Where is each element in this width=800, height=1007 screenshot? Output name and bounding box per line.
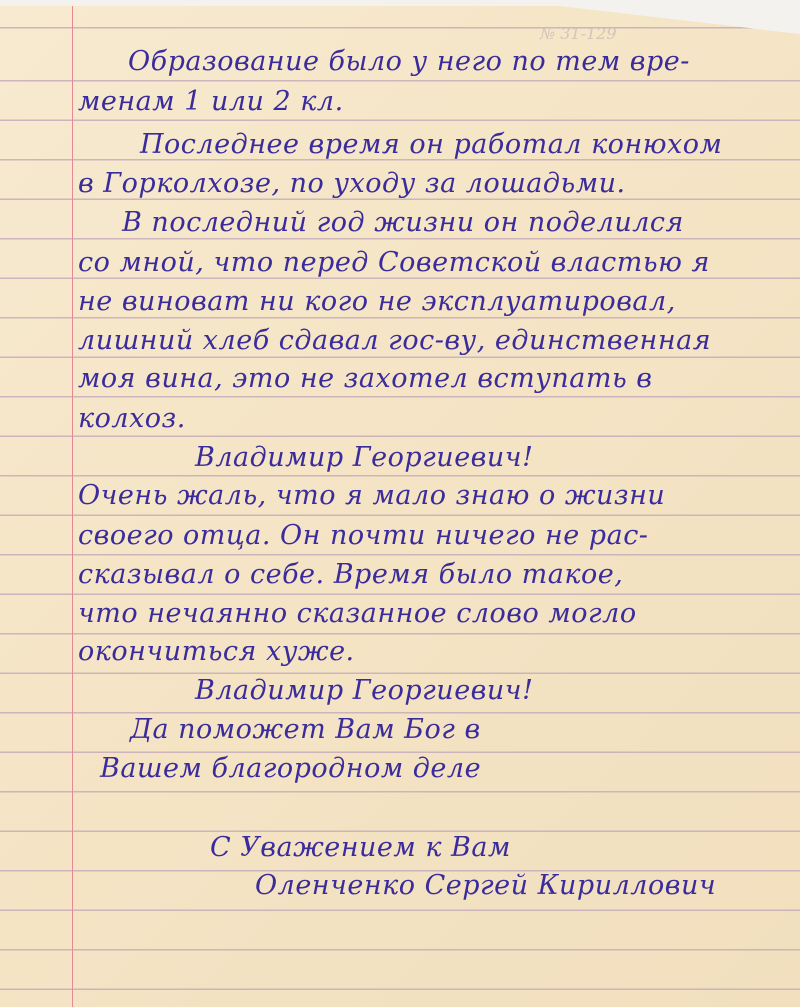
letter-line: лишний хлеб сдавал гос-ву, единственная xyxy=(78,325,711,356)
closing: С Уважением к Вам xyxy=(210,832,511,863)
signature: Оленченко Сергей Кириллович xyxy=(255,870,716,901)
letter-line: Последнее время он работал конюхом xyxy=(140,129,722,160)
salutation: Владимир Георгиевич! xyxy=(195,442,533,473)
letter-line: Да поможет Вам Бог в xyxy=(130,714,481,745)
letter-line: в Горколхозе, по уходу за лошадьми. xyxy=(78,168,626,199)
letter-line: сказывал о себе. Время было такое, xyxy=(78,559,623,590)
letter-line: колхоз. xyxy=(78,403,186,434)
letter-line: Образование было у него по тем вре- xyxy=(128,46,690,77)
letter-line: своего отца. Он почти ничего не рас- xyxy=(78,520,648,551)
letter-page: № 31-129 Образование было у него по тем … xyxy=(0,6,800,1007)
margin-line xyxy=(72,6,73,1007)
letter-line: менам 1 или 2 кл. xyxy=(78,86,344,117)
letter-line: окончиться хуже. xyxy=(78,636,355,667)
letter-line: В последний год жизни он поделился xyxy=(122,207,684,238)
letter-line: не виноват ни кого не эксплуатировал, xyxy=(78,286,676,317)
salutation: Владимир Георгиевич! xyxy=(195,675,533,706)
letter-line: Вашем благородном деле xyxy=(100,753,481,784)
letter-line: что нечаянно сказанное слово могло xyxy=(78,598,637,629)
letter-line: со мной, что перед Советской властью я xyxy=(78,247,710,278)
letter-line: Очень жаль, что я мало знаю о жизни xyxy=(78,480,665,511)
letter-line: моя вина, это не захотел вступать в xyxy=(78,363,653,394)
archive-mark: № 31-129 xyxy=(540,24,617,43)
